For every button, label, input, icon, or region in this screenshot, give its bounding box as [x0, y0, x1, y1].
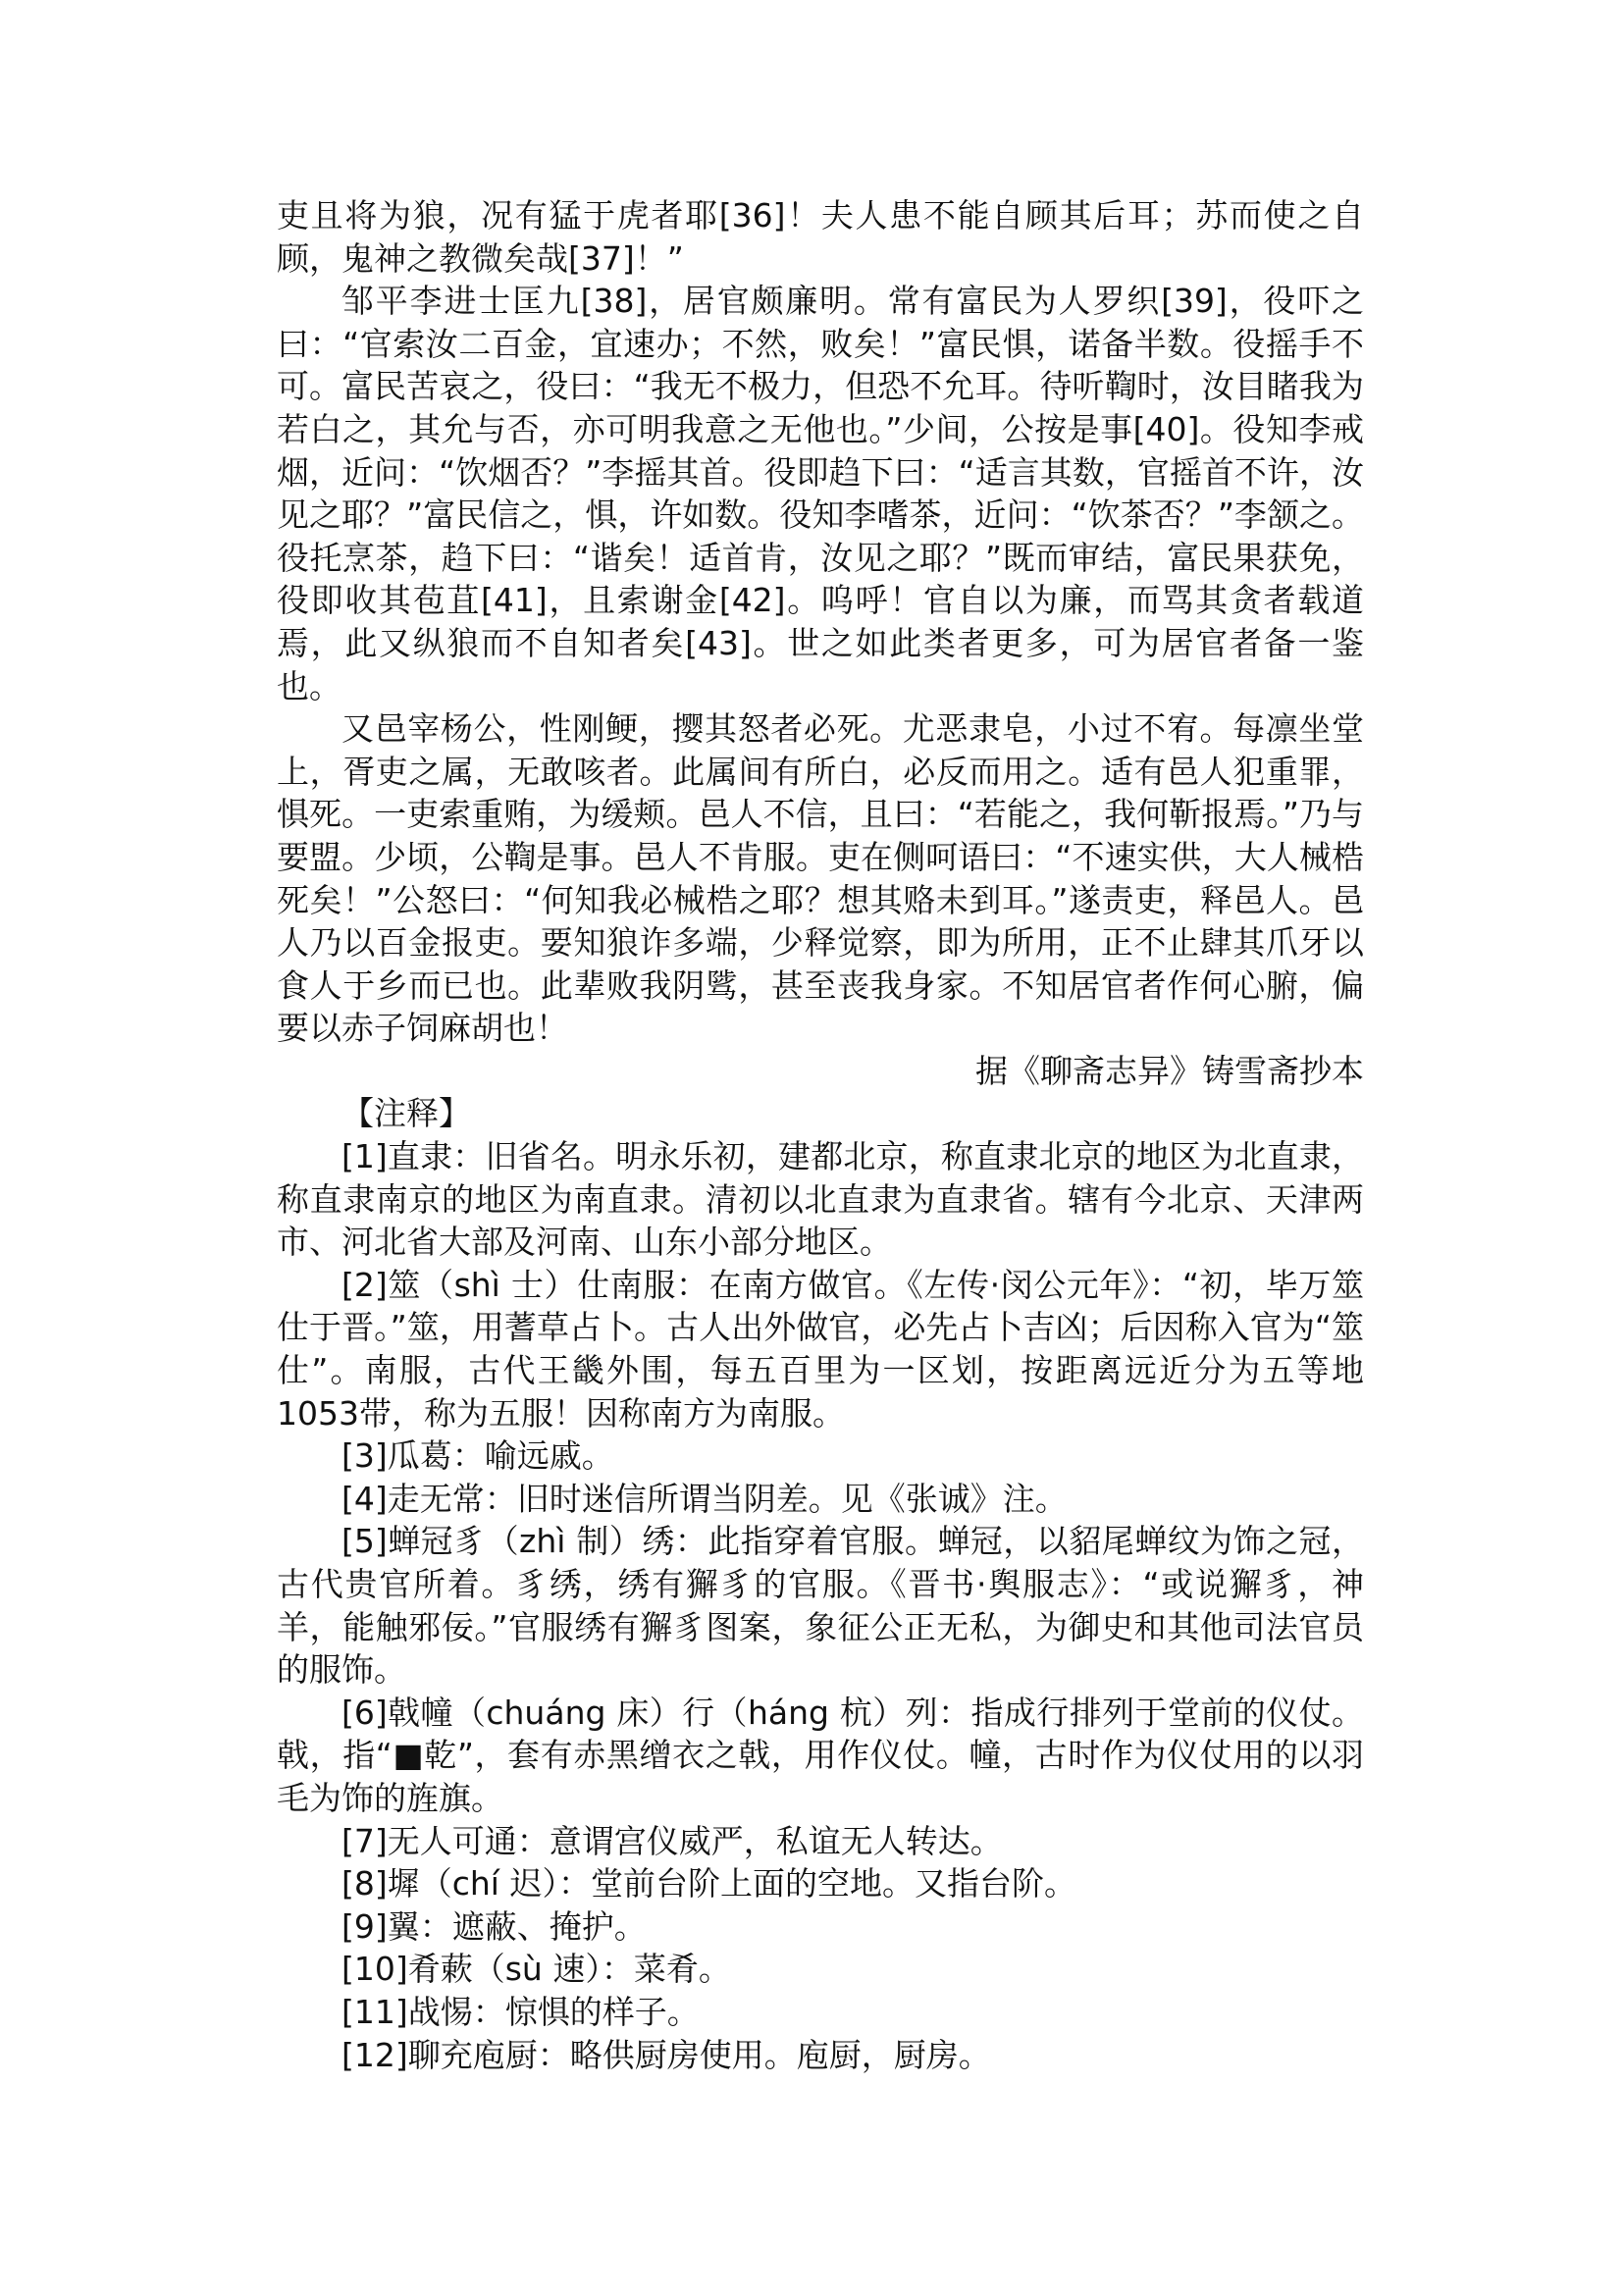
- note-item: [10]肴蔌（sù 速）：菜肴。: [277, 1948, 1364, 1991]
- notes-heading: 【注释】: [277, 1092, 1364, 1135]
- paragraph-continued: 吏且将为狼，况有猛于虎者耶[36]！夫人患不能自顾其后耳；苏而使之自顾，鬼神之教…: [277, 194, 1364, 280]
- note-item: [8]墀（chí 迟）：堂前台阶上面的空地。又指台阶。: [277, 1862, 1364, 1905]
- note-item: [9]翼：遮蔽、掩护。: [277, 1905, 1364, 1949]
- note-item: [1]直隶：旧省名。明永乐初，建都北京，称直隶北京的地区为北直隶，称直隶南京的地…: [277, 1135, 1364, 1264]
- note-item: [11]战惕：惊惧的样子。: [277, 1991, 1364, 2034]
- note-item: [5]蝉冠豸（zhì 制）绣：此指穿着官服。蝉冠，以貂尾蝉纹为饰之冠，古代贵官所…: [277, 1520, 1364, 1691]
- source-citation: 据《聊斋志异》铸雪斋抄本: [277, 1050, 1364, 1093]
- note-item: [6]戟幢（chuáng 床）行（háng 杭）列：指成行排列于堂前的仪仗。戟，…: [277, 1692, 1364, 1820]
- paragraph-li-kuangjiu: 邹平李进士匡九[38]，居官颇廉明。常有富民为人罗织[39]，役吓之曰：“官索汝…: [277, 280, 1364, 707]
- paragraph-yang-gong: 又邑宰杨公，性刚鲠，撄其怒者必死。尤恶隶皂，小过不宥。每凛坐堂上，胥吏之属，无敢…: [277, 707, 1364, 1050]
- note-item: [4]走无常：旧时迷信所谓当阴差。见《张诚》注。: [277, 1478, 1364, 1521]
- document-page: 吏且将为狼，况有猛于虎者耶[36]！夫人患不能自顾其后耳；苏而使之自顾，鬼神之教…: [277, 194, 1364, 2076]
- note-item: [7]无人可通：意谓宫仪威严，私谊无人转达。: [277, 1820, 1364, 1863]
- note-item: [2]筮（shì 士）仕南服：在南方做官。《左传·闵公元年》：“初，毕万筮仕于晋…: [277, 1264, 1364, 1434]
- note-item: [3]瓜葛：喻远戚。: [277, 1434, 1364, 1478]
- note-item: [12]聊充庖厨：略供厨房使用。庖厨，厨房。: [277, 2034, 1364, 2077]
